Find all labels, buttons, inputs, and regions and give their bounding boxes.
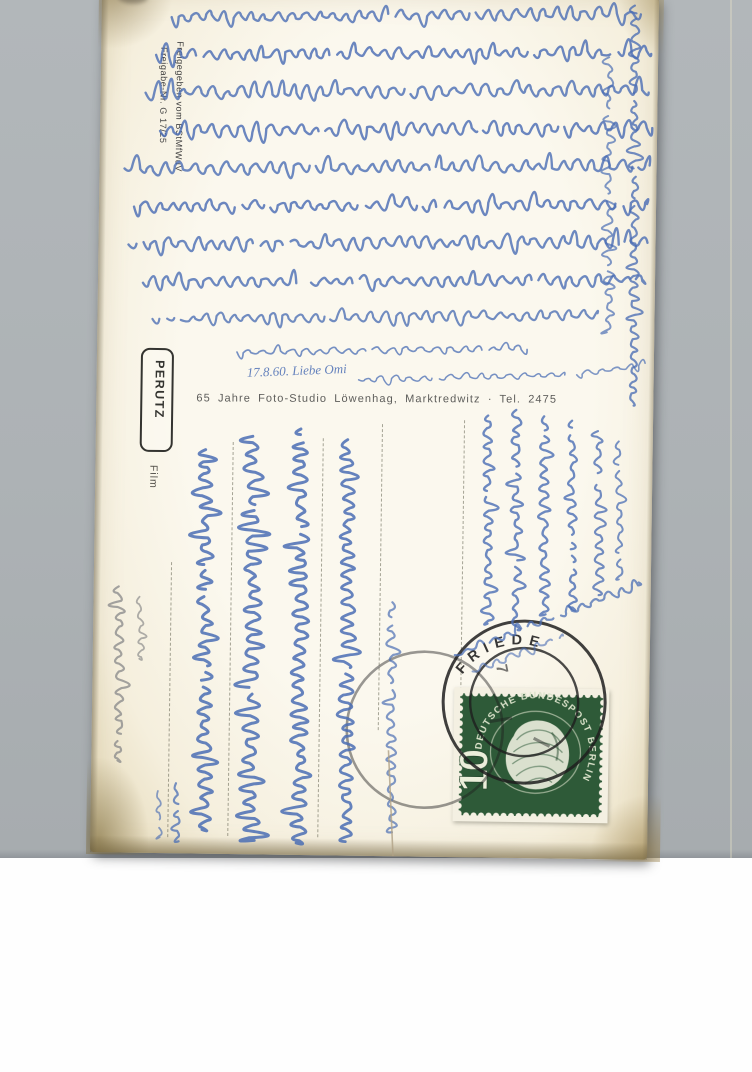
handwriting-stroke [280,429,316,844]
handwriting-stroke [185,449,222,831]
postcard: Freigegeben vom BStMfWuV Freigabe-Nr. G … [90,0,659,860]
handwriting-stroke [136,597,147,660]
postcard-scan: Freigegeben vom BStMfWuV Freigabe-Nr. G … [0,0,752,1072]
handwriting-overlay [90,0,659,860]
handwriting-stroke [124,147,650,183]
lower-blank-area [0,858,752,1072]
handwriting-stroke [156,791,162,839]
handwriting-stroke [233,436,274,841]
handwriting-stroke [128,221,647,262]
scanner-streak [730,0,732,858]
handwriting-stroke [134,186,649,223]
handwriting-stroke [171,783,180,842]
handwriting-stroke [331,439,364,841]
handwriting-stroke [107,586,131,762]
handwriting-stroke [599,57,619,333]
handwriting-stroke [455,578,641,658]
handwriting-stroke [160,114,652,149]
handwriting-stroke [359,370,565,388]
handwriting-stroke [156,33,651,74]
handwriting-stroke [589,431,607,595]
handwriting-stroke [152,304,598,332]
handwriting-stroke [143,266,646,297]
handwriting-stroke [172,0,647,34]
handwriting-stroke [481,416,500,625]
handwriting-stroke [537,416,554,615]
handwriting-stroke [504,410,528,630]
handwriting-stroke [473,633,563,673]
handwriting-stroke [237,339,527,363]
handwriting-stroke [612,441,627,580]
handwriting-stroke [563,421,579,611]
handwriting-stroke [146,70,649,107]
handwriting-stroke [623,6,647,406]
